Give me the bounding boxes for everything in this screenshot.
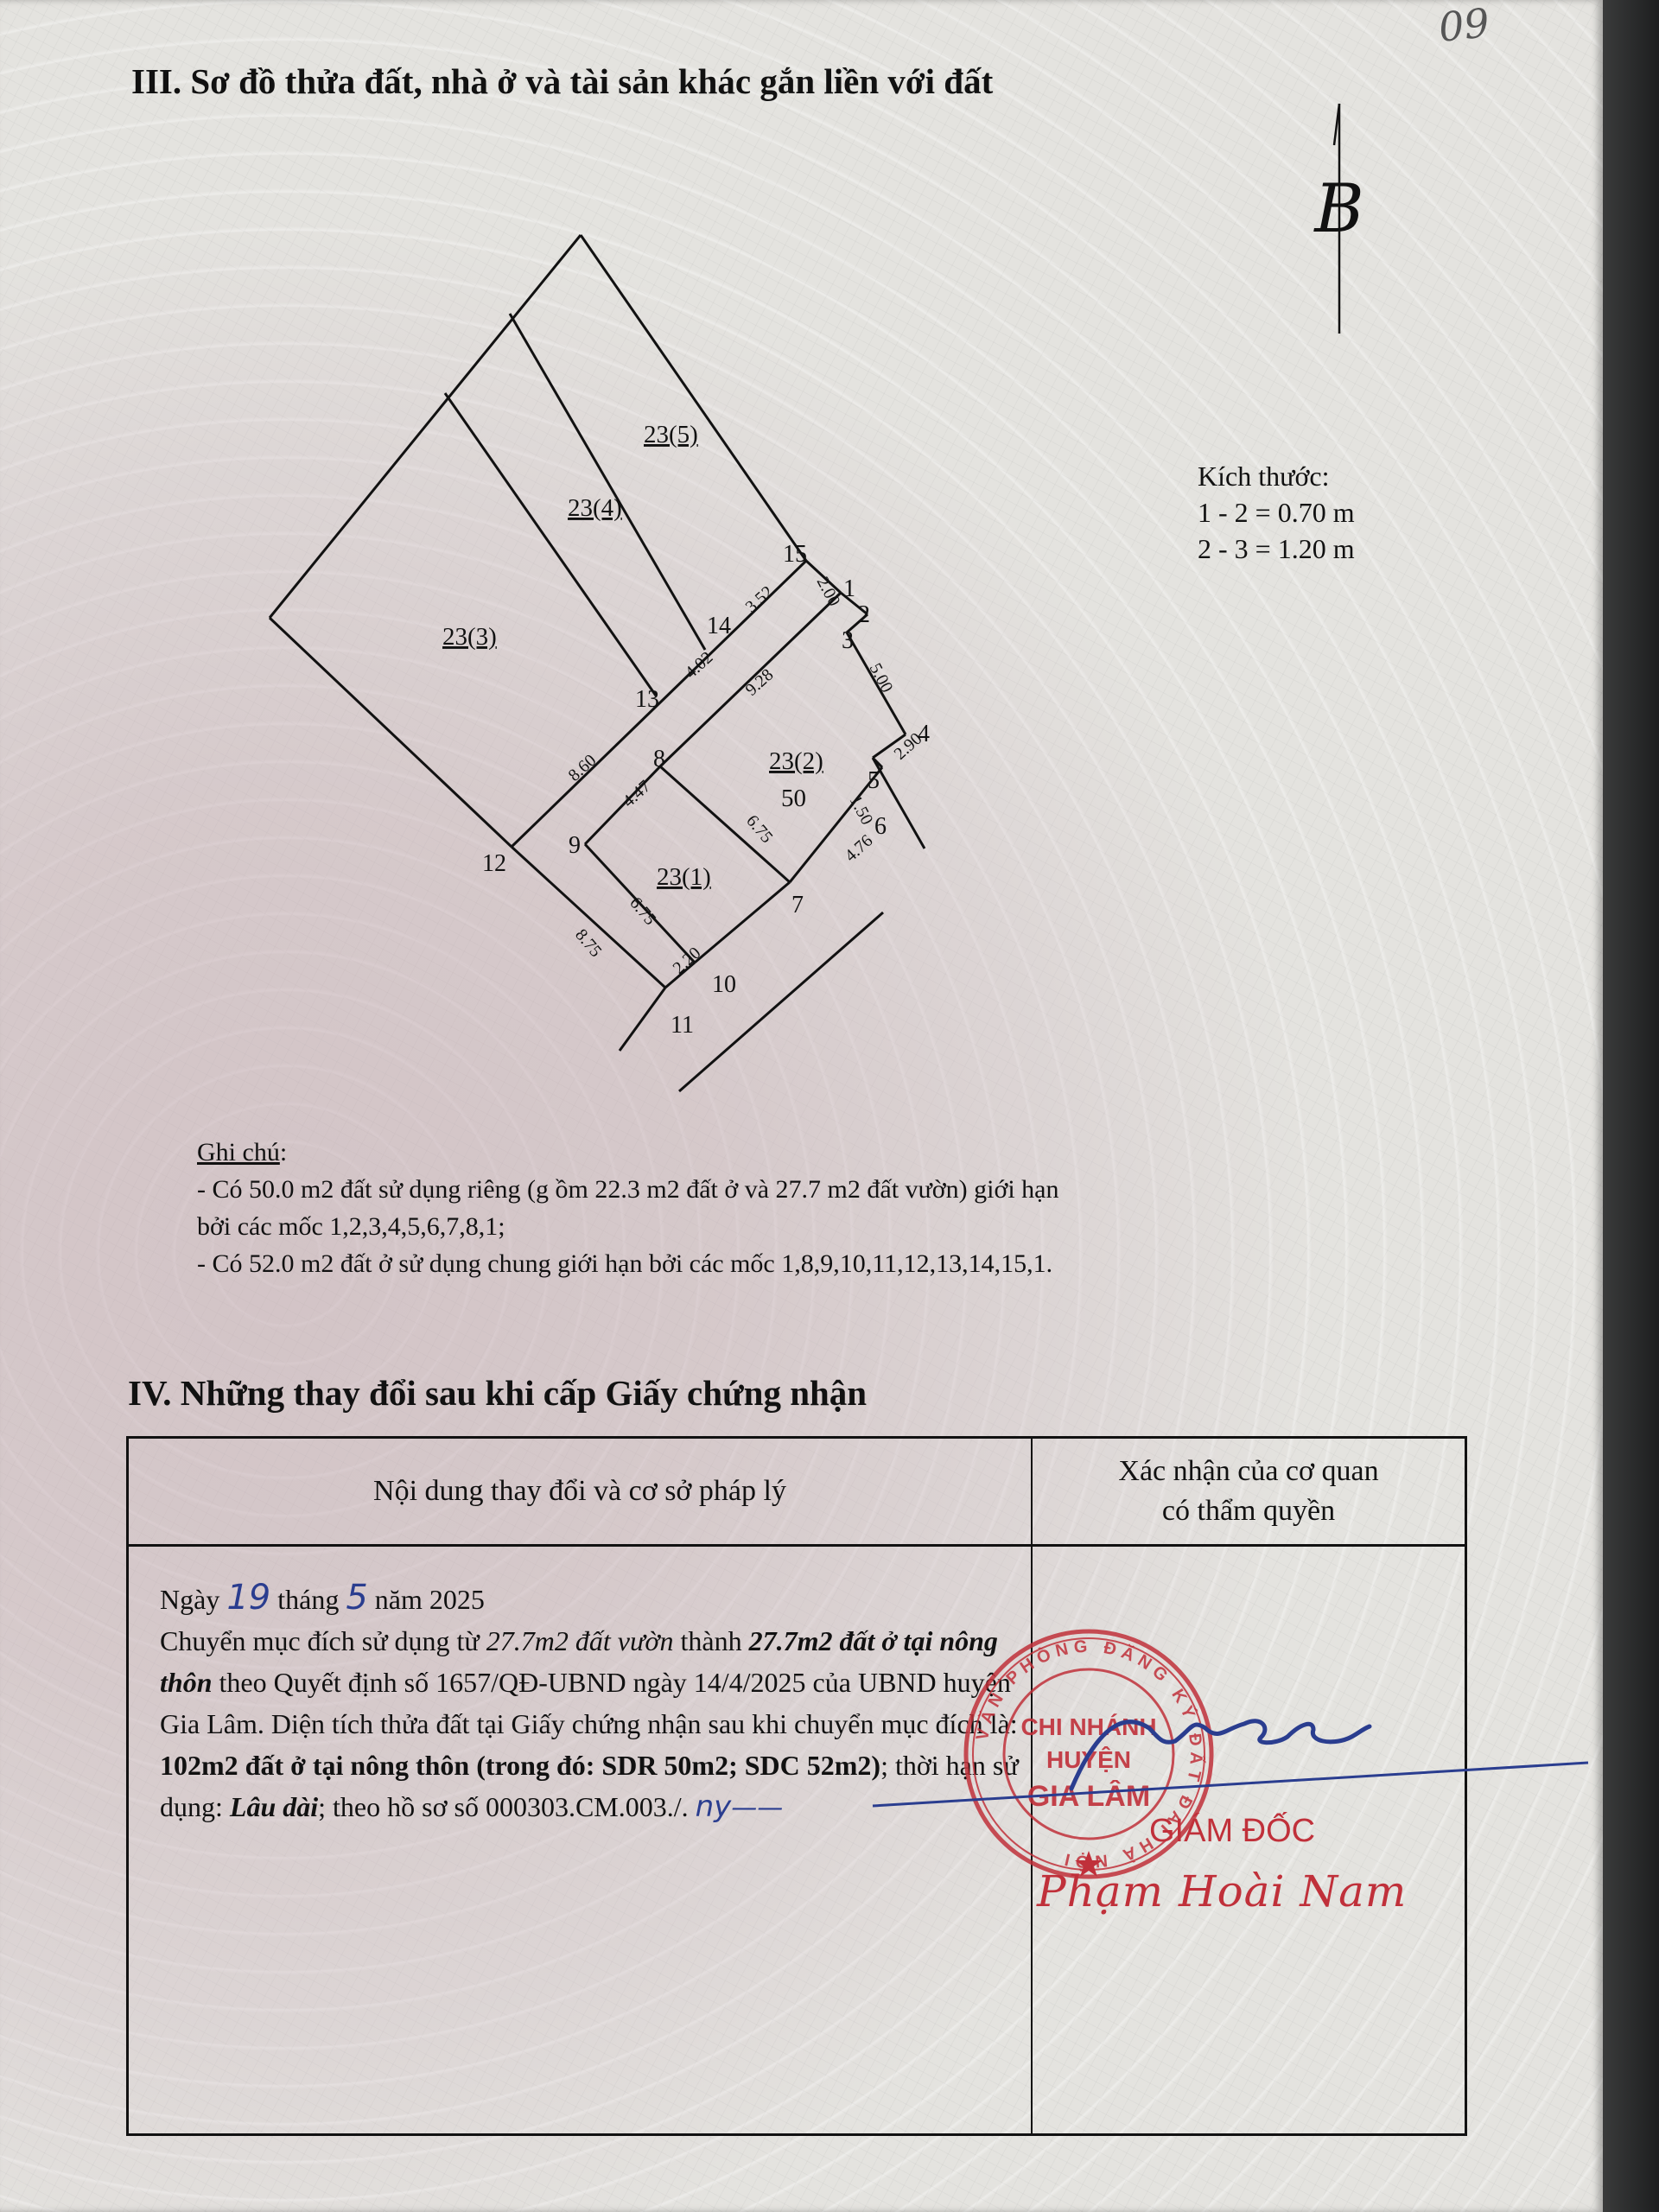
point-label: 11 xyxy=(671,1012,694,1039)
entry-text-bold-italic: Lâu dài xyxy=(230,1791,318,1822)
header-line: Xác nhận của cơ quan xyxy=(1118,1452,1378,1491)
header-divider xyxy=(129,1544,1465,1547)
edge-length: 1.50 xyxy=(846,792,877,828)
entry-text: Chuyển mục đích sử dụng từ xyxy=(160,1625,486,1656)
entry-text-bold: 102m2 đất ở tại nông thôn (trong đó: SDR… xyxy=(160,1750,880,1781)
point-label: 5 xyxy=(868,767,880,794)
edge-length: 6.75 xyxy=(742,811,776,847)
parcel-label: 23(2) xyxy=(769,747,823,775)
handwritten-month: 5 xyxy=(346,1578,367,1618)
section-4-title: IV. Những thay đổi sau khi cấp Giấy chứn… xyxy=(128,1372,867,1414)
point-label: 15 xyxy=(783,541,807,568)
parcel-label: 23(5) xyxy=(644,421,698,448)
point-label: 7 xyxy=(791,892,804,918)
point-label: 3 xyxy=(842,627,854,654)
notes-title: Ghi chú xyxy=(197,1138,280,1166)
column-header-approval: Xác nhận của cơ quan có thẩm quyền xyxy=(1033,1439,1465,1544)
entry-text: ; theo hồ sơ số 000303.CM.003./. xyxy=(318,1791,689,1822)
entry-text: thành xyxy=(674,1625,749,1656)
entry-text-italic: 27.7m2 đất vườn xyxy=(486,1625,674,1656)
parcel-label: 23(1) xyxy=(657,863,711,891)
parcel-label: 23(4) xyxy=(568,494,622,522)
edge-length: 5.00 xyxy=(866,660,897,696)
notes-section: Ghi chú: - Có 50.0 m2 đất sử dụng riêng … xyxy=(197,1134,1234,1282)
edge-length: 4.47 xyxy=(620,777,655,811)
header-line: có thẩm quyền xyxy=(1118,1491,1378,1531)
point-label: 2 xyxy=(858,601,870,628)
point-label: 9 xyxy=(569,832,581,859)
edge-length: 2.00 xyxy=(813,574,844,609)
note-line: - Có 52.0 m2 đất ở sử dụng chung giới hạ… xyxy=(197,1245,1234,1282)
year-text: năm 2025 xyxy=(368,1584,485,1615)
edge-length: 6.75 xyxy=(626,893,659,929)
edge-length: 8.75 xyxy=(571,925,605,961)
notes-colon: : xyxy=(280,1138,287,1166)
edge-length: 2.20 xyxy=(670,944,705,978)
month-prefix: tháng xyxy=(270,1584,346,1615)
parcel-area: 50 xyxy=(781,785,806,812)
handwritten-initials: ny xyxy=(696,1789,732,1824)
point-label: 1 xyxy=(843,575,855,602)
point-label: 13 xyxy=(635,686,659,713)
point-label: 8 xyxy=(653,746,665,772)
column-header-content: Nội dung thay đổi và cơ sở pháp lý xyxy=(129,1439,1031,1544)
signer-role: GIÁM ĐỐC xyxy=(1149,1813,1315,1850)
initials-stroke: —— xyxy=(731,1793,783,1823)
edge-length: 4.76 xyxy=(842,831,877,866)
handwritten-day: 19 xyxy=(226,1578,270,1618)
point-label: 12 xyxy=(482,850,506,877)
edge-length: 3.52 xyxy=(742,582,778,617)
parcel-label: 23(3) xyxy=(442,623,497,651)
point-label: 10 xyxy=(712,971,736,998)
date-prefix: Ngày xyxy=(160,1584,226,1615)
point-label: 14 xyxy=(707,613,731,639)
parcel-diagram: 23(5)23(4)23(3)23(2)5023(1)1234567891011… xyxy=(0,0,1659,1123)
edge-length: 9.28 xyxy=(742,665,778,700)
signer-name: Phạm Hoài Nam xyxy=(1037,1866,1407,1916)
edge-length: 8.60 xyxy=(565,751,601,785)
note-line: bởi các mốc 1,2,3,4,5,6,7,8,1; xyxy=(197,1208,1234,1245)
note-line: - Có 50.0 m2 đất sử dụng riêng (g ồm 22.… xyxy=(197,1171,1234,1208)
